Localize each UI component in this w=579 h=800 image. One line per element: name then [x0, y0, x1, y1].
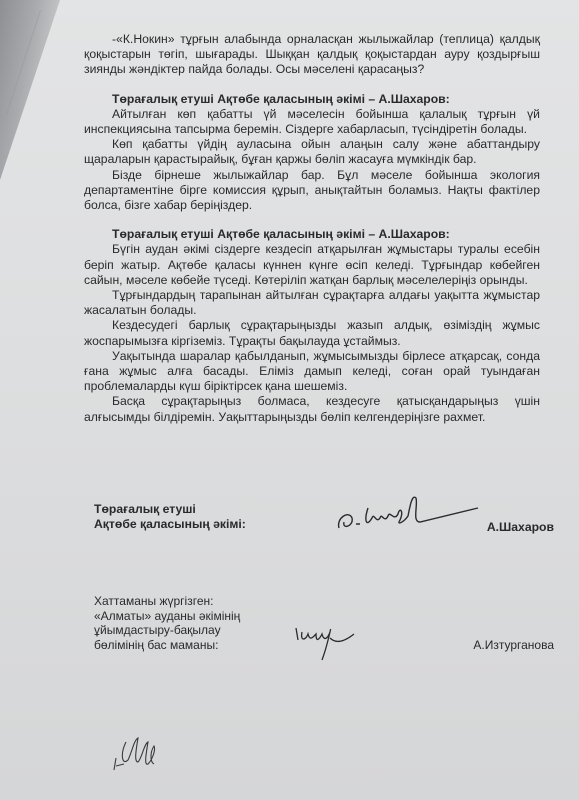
secretary-title: Хаттаманы жүргізген: «Алматы» ауданы әкі… — [94, 594, 240, 652]
section2-heading: Төрағалық етуші Ақтөбе қаласының әкімі –… — [84, 227, 540, 242]
secretary-title-line1: Хаттаманы жүргізген: — [94, 594, 240, 609]
intro-paragraph: -«К.Нокин» тұрғын алабында орналасқан жы… — [84, 32, 540, 78]
secretary-name: А.Изтурганова — [473, 638, 554, 653]
section2-paragraph: Тұрғындардың тарапынан айтылған сұрақтар… — [84, 288, 540, 318]
chair-signature-block: Төрағалық етуші Ақтөбе қаласының әкімі: … — [94, 502, 554, 562]
section1-heading: Төрағалық етуші Ақтөбе қаласының әкімі –… — [84, 92, 540, 107]
secretary-title-line2: «Алматы» ауданы әкімінің — [94, 609, 240, 624]
section1-paragraph: Бізде бірнеше жылыжайлар бар. Бұл мәселе… — [84, 168, 540, 214]
chair-name: А.Шахаров — [487, 520, 554, 535]
secretary-title-line4: бөлімінің бас маманы: — [94, 638, 240, 653]
section1-paragraph: Айтылған көп қабатты үй мәселесін бойынш… — [84, 107, 540, 137]
section1-paragraph: Көп қабатты үйдің ауласына ойын алаңын с… — [84, 137, 540, 167]
document-body: -«К.Нокин» тұрғын алабында орналасқан жы… — [84, 32, 540, 425]
chair-title-line2: Ақтөбе қаласының әкімі: — [94, 517, 246, 532]
secretary-signature-block: Хаттаманы жүргізген: «Алматы» ауданы әкі… — [94, 594, 554, 664]
section2-paragraph: Бүгін аудан әкімі сіздерге кездесіп атқа… — [84, 242, 540, 288]
handwritten-signature-icon — [334, 488, 484, 538]
section2-paragraph: Уақытында шаралар қабылданып, жұмысымызд… — [84, 349, 540, 395]
initials-mark-icon — [110, 730, 160, 775]
section2-paragraph: Басқа сұрақтарыңыз болмаса, кездесуге қа… — [84, 394, 540, 424]
chair-title-line1: Төрағалық етуші — [94, 502, 246, 517]
handwritten-signature-icon — [292, 614, 362, 664]
secretary-title-line3: ұйымдастыру-бақылау — [94, 623, 240, 638]
chair-title: Төрағалық етуші Ақтөбе қаласының әкімі: — [94, 502, 246, 532]
section2-paragraph: Кездесудегі барлық сұрақтарыңызды жазып … — [84, 318, 540, 348]
